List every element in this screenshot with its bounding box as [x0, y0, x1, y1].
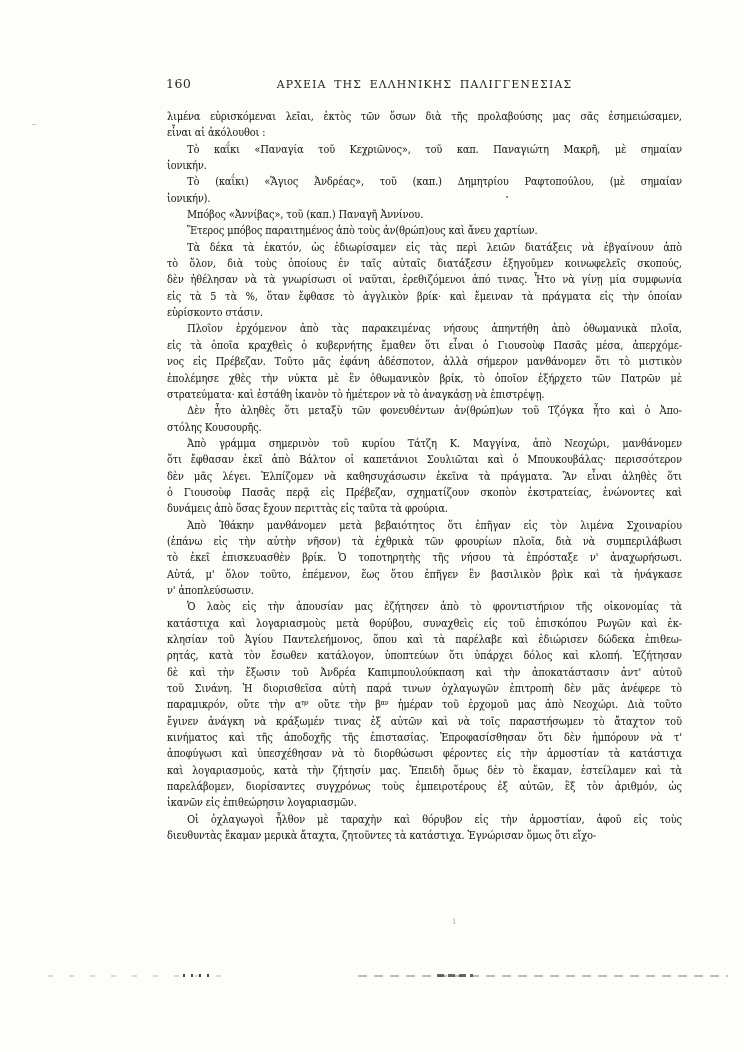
text-line: Τὸ (καΐκι) «Ἅγιος Ἀνδρέας», τοῦ (καπ.) Δ… — [167, 173, 682, 189]
text-line: εἶναι αἱ ἀκόλουθοι : — [167, 124, 682, 140]
paragraph: Ἀπὸ γράμμα σημερινὸν τοῦ κυρίου Τάτζη Κ.… — [167, 435, 682, 517]
text-line: ν' ἀποπλεύσωσιν. — [167, 582, 682, 598]
running-header-title: ΑΡΧΕΙΑ ΤΗΣ ΕΛΛΗΝΙΚΗΣ ΠΑΛΙΓΓΕΝΕΣΙΑΣ — [167, 78, 682, 91]
text-line: Ἀπὸ γράμμα σημερινὸν τοῦ κυρίου Τάτζη Κ.… — [167, 435, 682, 451]
text-line: δὲν ἠθέλησαν νὰ τὰ γνωρίσωσι οἱ ναῦται, … — [167, 271, 682, 287]
paragraph: Οἱ ὀχλαγωγοὶ ἦλθον μὲ ταραχὴν καὶ θόρυβο… — [167, 811, 682, 844]
paragraph: λιμένα εὑρισκόμεναι λεῖαι, ἐκτὸς τῶν ὅσω… — [167, 108, 682, 141]
text-line: Δὲν ἦτο ἀληθὲς ὅτι μεταξὺ τῶν φονευθέντω… — [167, 402, 682, 418]
scan-speck — [32, 124, 36, 125]
paragraph: Πλοῖον ἐρχόμενον ἀπὸ τὰς παρακειμένας νή… — [167, 320, 682, 402]
scan-dark-patch — [437, 974, 473, 977]
paragraph: Ὁ λαὸς εἰς τὴν ἀπουσίαν μας ἐζήτησεν ἀπὸ… — [167, 598, 682, 810]
text-line: εὑρίσκοντο στάσιν. — [167, 304, 682, 320]
text-line: ὅτι ἔφθασαν ἐκεῖ ἀπὸ Βάλτον οἱ καπετάνιο… — [167, 451, 682, 467]
scan-dashed-line-right — [358, 975, 728, 977]
text-line: ἱκανῶν εἰς ἐπιθεώρησιν λογαριασμῶν. — [167, 794, 682, 810]
text-line: καὶ λογαριασμούς, κατὰ τὴν ζήτησίν μας. … — [167, 762, 682, 778]
text-line: διευθυντὰς ἔκαμαν μερικὰ ἄταχτα, ζητοῦντ… — [167, 827, 682, 843]
text-line: ἰονικήν). — [167, 190, 682, 206]
text-line: Τὰ δέκα τὰ ἑκατόν, ὡς ἐδιωρίσαμεν εἰς τὰ… — [167, 239, 682, 255]
text-line: ἰονικήν. — [167, 157, 682, 173]
scan-ink-dot — [506, 196, 508, 198]
text-line: Οἱ ὀχλαγωγοὶ ἦλθον μὲ ταραχὴν καὶ θόρυβο… — [167, 811, 682, 827]
paragraph: Τὰ δέκα τὰ ἑκατόν, ὡς ἐδιωρίσαμεν εἰς τὰ… — [167, 239, 682, 321]
paragraph: Ἀπὸ Ἰθάκην μανθάνομεν μετὰ βεβαιότητος ὅ… — [167, 517, 682, 599]
scan-stray-mark: 1 — [452, 918, 456, 926]
body-text-inner: λιμένα εὑρισκόμεναι λεῖαι, ἐκτὸς τῶν ὅσω… — [167, 108, 682, 843]
text-line: τὸ ἐκεῖ ἐπισκευασθὲν βρίκ. Ὁ τοποτηρητὴς… — [167, 549, 682, 565]
text-line: (ἐπάνω εἰς τὴν αὐτὴν νῆσον) τὰ ἐχθρικὰ τ… — [167, 533, 682, 549]
text-line: Ὁ λαὸς εἰς τὴν ἀπουσίαν μας ἐζήτησεν ἀπὸ… — [167, 598, 682, 614]
paragraph: Μπόβος «Ἀννίβας», τοῦ (καπ.) Παναγῆ Ἀννί… — [167, 206, 682, 222]
text-line: Μπόβος «Ἀννίβας», τοῦ (καπ.) Παναγῆ Ἀννί… — [167, 206, 682, 222]
text-line: δὲ καὶ τὴν ἔξωσιν τοῦ Ἀνδρέα Καπιμπουλού… — [167, 664, 682, 680]
paragraph: Δὲν ἦτο ἀληθὲς ὅτι μεταξὺ τῶν φονευθέντω… — [167, 402, 682, 435]
text-line: Αὐτά, μ' ὅλον τοῦτο, ἐπέμενον, ἕως ὅτου … — [167, 566, 682, 582]
text-line: Πλοῖον ἐρχόμενον ἀπὸ τὰς παρακειμένας νή… — [167, 320, 682, 336]
text-line: δὲν μᾶς λέγει. Ἐλπίζομεν νὰ καθησυχάσωσι… — [167, 468, 682, 484]
scan-dark-dots — [183, 974, 209, 977]
text-line: στρατεύματα· καὶ ἐστάθη ἱκανὸν τὸ ἡμέτερ… — [167, 386, 682, 402]
text-line: τοῦ Σινάνη. Ἡ διορισθεῖσα αὐτὴ παρά τινω… — [167, 680, 682, 696]
text-line: παρελάβομεν, διορίσαντες συγχρόνως τοὺς … — [167, 778, 682, 794]
text-line: νος εἰς Πρέβεζαν. Τοῦτο μᾶς ἐφάνη ἀδέσπο… — [167, 353, 682, 369]
text-line: στόλης Κουσουρῆς. — [167, 419, 682, 435]
text-line: Ἀπὸ Ἰθάκην μανθάνομεν μετὰ βεβαιότητος ὅ… — [167, 517, 682, 533]
paragraph: Ἕτερος μπόβος παραιτημένος ἀπὸ τοὺς ἀν(θ… — [167, 222, 682, 238]
text-line: ρητάς, κατὰ τὸν ἔσωθεν κατάλογον, ὑποπτε… — [167, 647, 682, 663]
document-page: 160 ΑΡΧΕΙΑ ΤΗΣ ΕΛΛΗΝΙΚΗΣ ΠΑΛΙΓΓΕΝΕΣΙΑΣ λ… — [0, 0, 744, 1052]
paragraph: Τὸ (καΐκι) «Ἅγιος Ἀνδρέας», τοῦ (καπ.) Δ… — [167, 173, 682, 206]
text-line: κινήματος καὶ τῆς ἀποδοχῆς τῆς ἐπιστασία… — [167, 729, 682, 745]
text-line: ὁ Γιουσοὺφ Πασᾶς περᾷ εἰς Πρέβεζαν, σχημ… — [167, 484, 682, 500]
text-line: τὸ ὅλον, διὰ τοὺς ὁποίους ἐν ταῖς αὐταῖς… — [167, 255, 682, 271]
text-line: κατάστιχα καὶ λογαριασμοὺς μετὰ θορύβου,… — [167, 615, 682, 631]
text-line: δυνάμεις ἀπὸ ὅσας ἔχουν περιττὰς εἰς ταῦ… — [167, 500, 682, 516]
body-text: λιμένα εὑρισκόμεναι λεῖαι, ἐκτὸς τῶν ὅσω… — [167, 108, 682, 848]
text-line: κλησίαν τοῦ Ἁγίου Παντελεήμονος, ὅπου κα… — [167, 631, 682, 647]
text-line: ἀποφύγωσι καὶ ὑπεσχέθησαν νὰ τὸ διορθώσω… — [167, 745, 682, 761]
text-line: εἰς τὰ ὁποῖα κραχθεὶς ὁ κυβερνήτης ἔμαθε… — [167, 337, 682, 353]
text-line: ἔγινεν ἀνάγκη νὰ κράξωμέν τινας ἐξ αὐτῶν… — [167, 713, 682, 729]
text-line: Ἕτερος μπόβος παραιτημένος ἀπὸ τοὺς ἀν(θ… — [167, 222, 682, 238]
text-line: εἰς τὰ 5 τὰ %, ὅταν ἔφθασε τὸ ἀγγλικὸν β… — [167, 288, 682, 304]
paragraph: Τὸ καΐκι «Παναγία τοῦ Κεχριῶνος», τοῦ κα… — [167, 141, 682, 174]
text-line: ἐπολέμησε χθὲς τὴν νύκτα μὲ ἓν ὀθωμανικὸ… — [167, 370, 682, 386]
text-line: παραμικρόν, οὔτε τὴν αην οὔτε τὴν βαν ἡμ… — [167, 696, 682, 712]
text-line: λιμένα εὑρισκόμεναι λεῖαι, ἐκτὸς τῶν ὅσω… — [167, 108, 682, 124]
text-line: Τὸ καΐκι «Παναγία τοῦ Κεχριῶνος», τοῦ κα… — [167, 141, 682, 157]
